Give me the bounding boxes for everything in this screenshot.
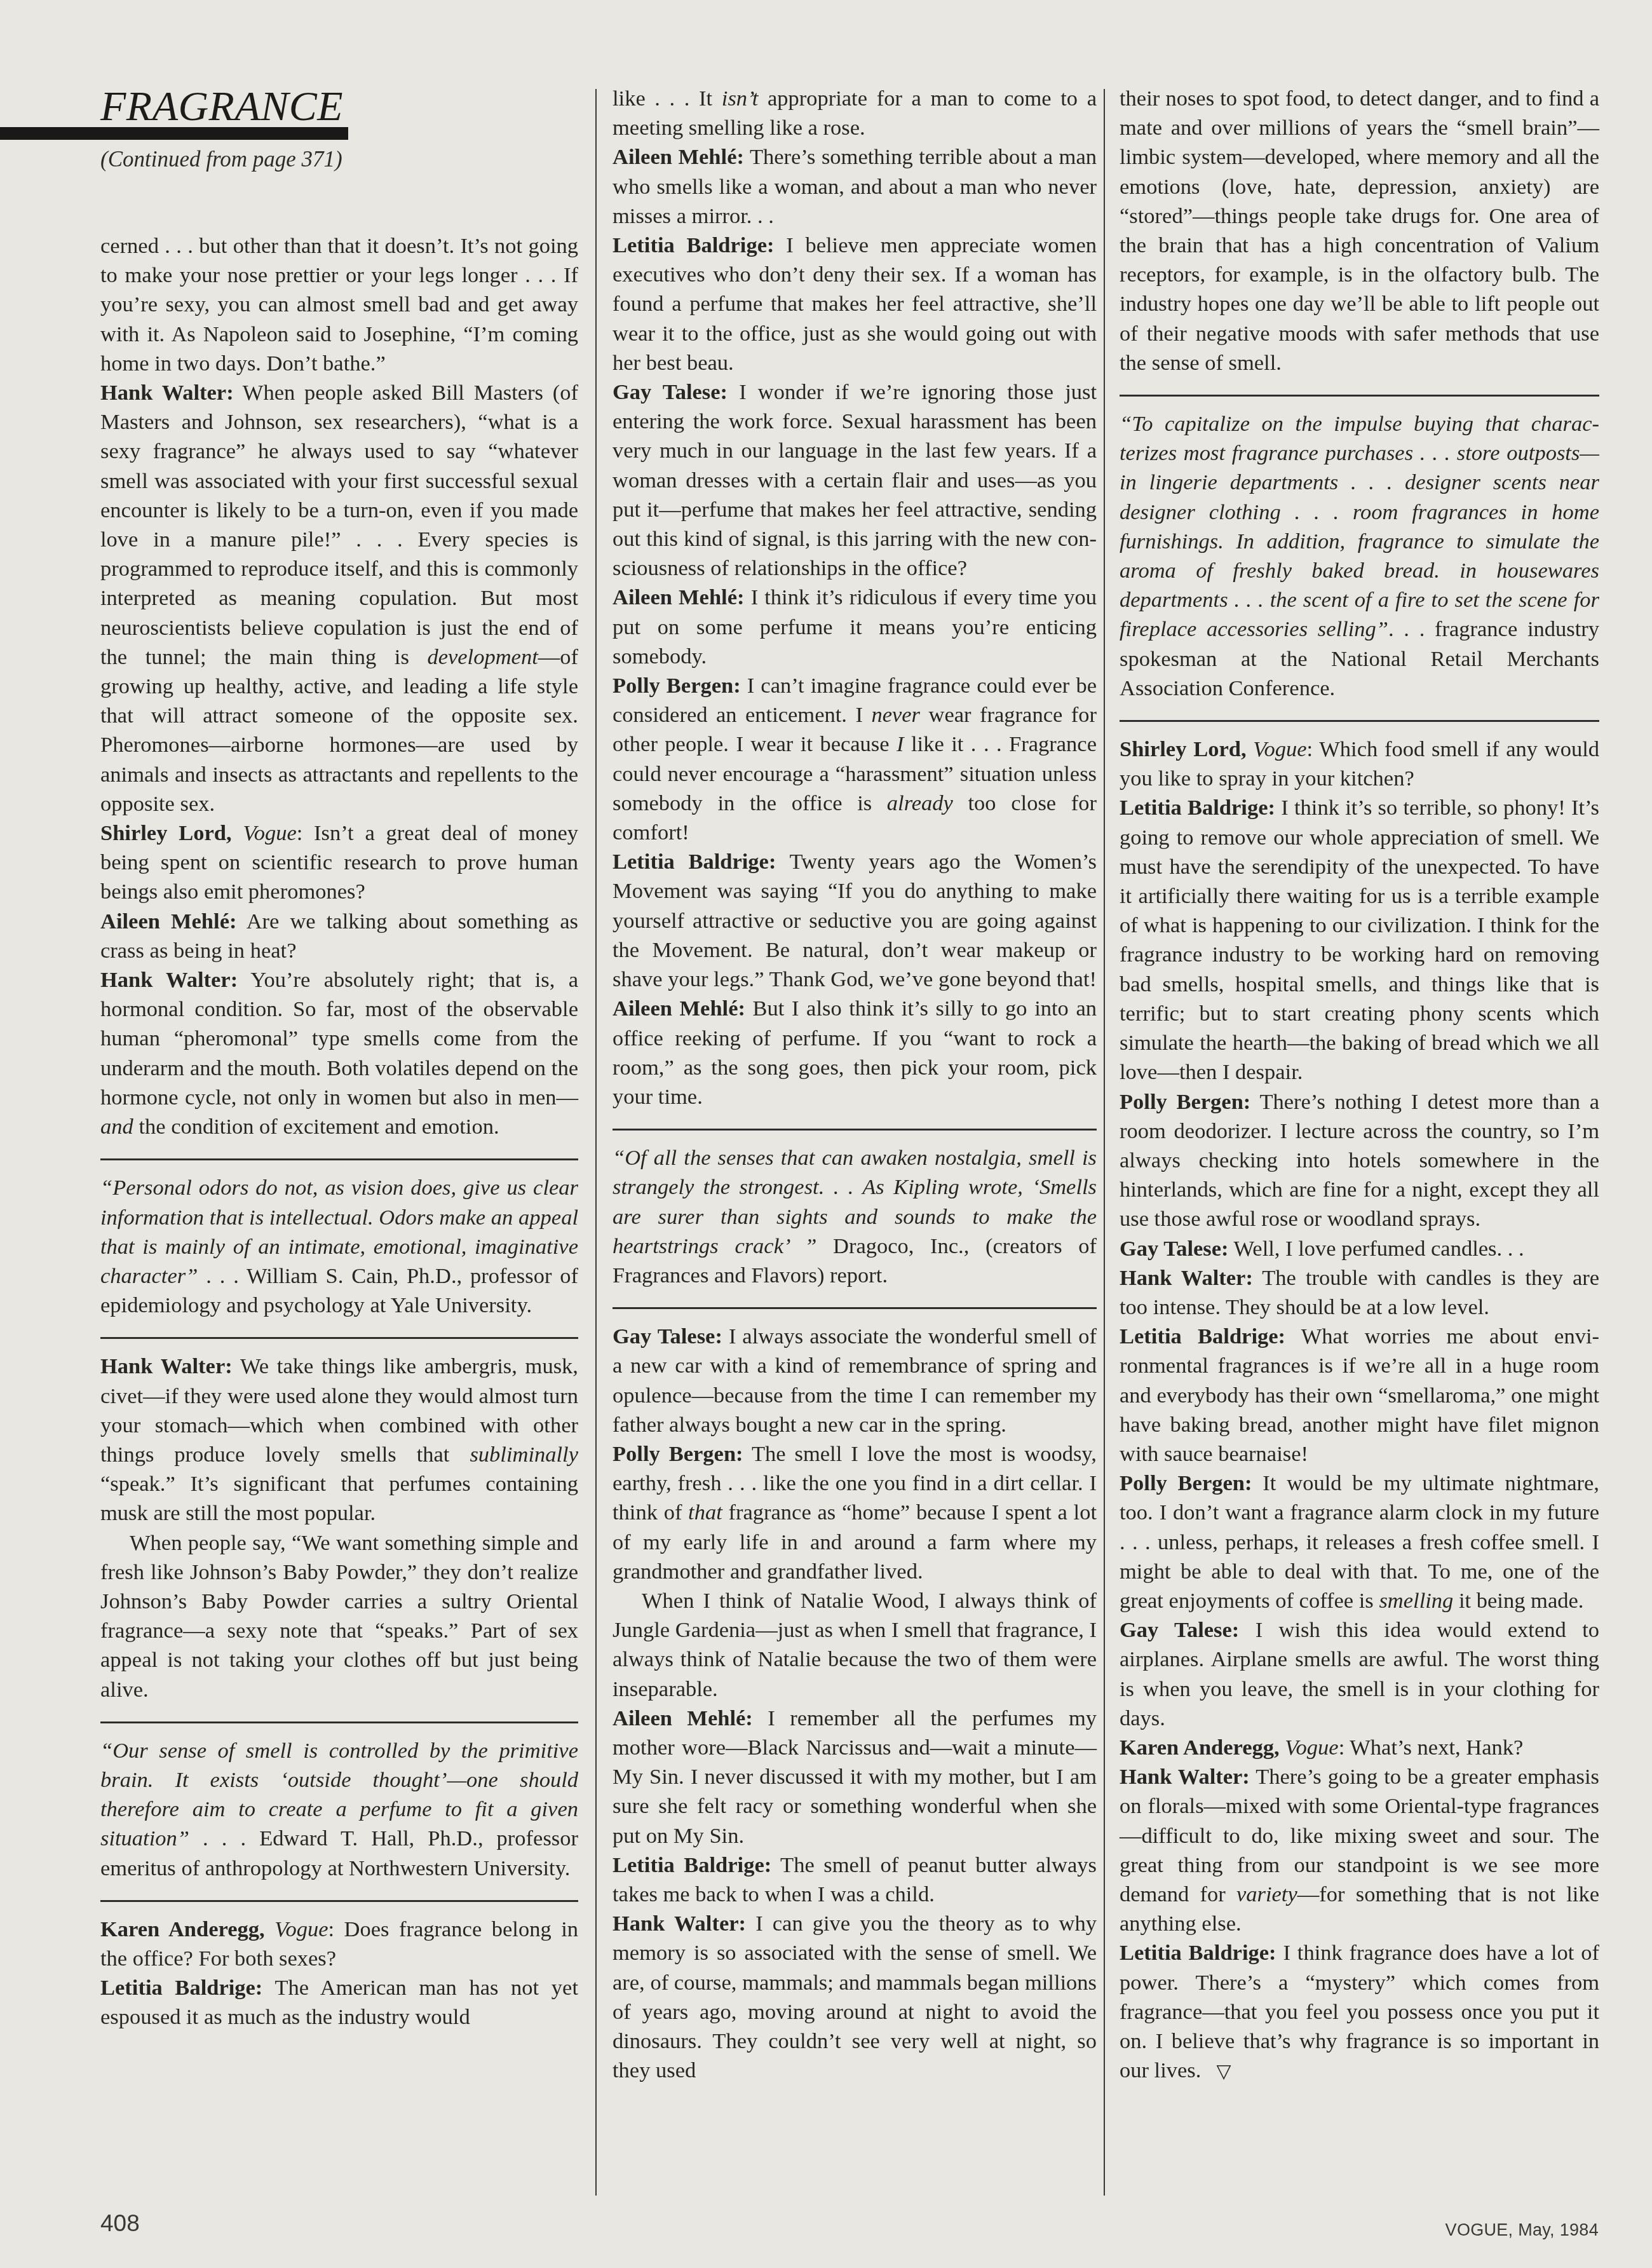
- dialogue-paragraph: Aileen Mehlé: There’s something terrible…: [613, 142, 1097, 231]
- paragraph-text: When I think of Natalie Wood, I always t…: [613, 1589, 1097, 1701]
- dialogue-paragraph: Polly Bergen: It would be my ultimate ni…: [1120, 1469, 1599, 1615]
- paragraph-text: When people asked Bill Masters (of Maste…: [100, 381, 578, 669]
- dialogue-paragraph: Shirley Lord, Vogue: Isn’t a great deal …: [100, 818, 578, 907]
- emphasis-text: smelling: [1379, 1589, 1453, 1613]
- column-divider: [595, 89, 597, 2196]
- paragraph-text: Well, I love perfumed candles. . .: [1229, 1237, 1524, 1261]
- speaker-name: Letitia Baldrige:: [613, 1853, 771, 1877]
- page-number: 408: [100, 2209, 140, 2238]
- paragraph-text: it being made.: [1453, 1589, 1583, 1613]
- paragraph-text: cerned . . . but other than that it does…: [100, 234, 578, 376]
- speaker-name: Letitia Baldrige:: [613, 850, 776, 874]
- section-rule: [1120, 720, 1599, 722]
- dialogue-paragraph: When I think of Natalie Wood, I always t…: [613, 1586, 1097, 1704]
- speaker-name: Letitia Baldrige:: [1120, 1324, 1285, 1348]
- column-divider: [1104, 89, 1105, 2196]
- speaker-name: Letitia Baldrige:: [613, 233, 774, 257]
- emphasis-text: isn’t: [722, 86, 759, 111]
- paragraph-text: the con­dition of excitement and emotion…: [133, 1115, 499, 1139]
- section-rule: [100, 1158, 578, 1160]
- speaker-name: Hank Walter:: [100, 1354, 233, 1378]
- article-column-3: their noses to spot food, to detect dang…: [1120, 84, 1599, 2086]
- emphasis-text: I: [897, 732, 904, 756]
- dialogue-paragraph: Karen Anderegg, Vogue: What’s next, Hank…: [1120, 1733, 1599, 1762]
- publication-name: Vogue: [1285, 1735, 1338, 1760]
- speaker-name: Gay Talese:: [1120, 1237, 1229, 1261]
- dialogue-paragraph: Aileen Mehlé: Are we talking about some­…: [100, 907, 578, 965]
- emphasis-text: and: [100, 1115, 133, 1139]
- dialogue-paragraph: Hank Walter: The trouble with candles is…: [1120, 1263, 1599, 1322]
- dialogue-paragraph: When people say, “We want something sim­…: [100, 1528, 578, 1704]
- dialogue-paragraph: Gay Talese: I always associate the wonde…: [613, 1322, 1097, 1439]
- speaker-name: Hank Walter:: [613, 1912, 746, 1936]
- article-column-2: like . . . It isn’t appropriate for a ma…: [613, 84, 1097, 2085]
- dialogue-paragraph: Aileen Mehlé: But I also think it’s sill…: [613, 994, 1097, 1111]
- section-rule: [100, 1900, 578, 1902]
- dialogue-paragraph: Polly Bergen: I can’t imagine fragrance …: [613, 671, 1097, 847]
- speaker-name: Gay Talese:: [613, 380, 728, 404]
- speaker-name: Karen Anderegg,: [1120, 1735, 1280, 1760]
- paragraph-text: “speak.” It’s significant that perfumes …: [100, 1472, 578, 1525]
- paragraph-text: : What’s next, Hank?: [1339, 1735, 1524, 1760]
- section-rule: [613, 1307, 1097, 1309]
- section-rule: [613, 1129, 1097, 1131]
- speaker-name: Shirley Lord,: [1120, 737, 1247, 761]
- speaker-name: Polly Bergen:: [613, 1442, 743, 1466]
- speaker-name: Gay Talese:: [613, 1324, 722, 1348]
- speaker-name: Gay Talese:: [1120, 1618, 1239, 1642]
- emphasis-text: that: [688, 1500, 722, 1524]
- continued-note: (Continued from page 371): [100, 145, 342, 174]
- emphasis-text: develop­ment: [427, 645, 538, 669]
- pull-quote: “To capitalize on the impulse buying tha…: [1120, 409, 1599, 703]
- section-rule: [100, 1337, 578, 1339]
- speaker-name: Polly Bergen:: [1120, 1471, 1252, 1495]
- dialogue-paragraph: Gay Talese: Well, I love perfumed candle…: [1120, 1234, 1599, 1263]
- section-rule: [1120, 395, 1599, 397]
- publication-name: Vogue: [1253, 737, 1306, 761]
- article-column-1: cerned . . . but other than that it does…: [100, 231, 578, 2032]
- dialogue-paragraph: Gay Talese: I wish this idea would exten…: [1120, 1615, 1599, 1733]
- speaker-name: Shirley Lord,: [100, 821, 232, 845]
- dialogue-paragraph: Letitia Baldrige: What worries me about …: [1120, 1322, 1599, 1469]
- section-rule: [100, 1721, 578, 1723]
- section-title: FRAGRANCE: [100, 81, 343, 132]
- paragraph-text: When people say, “We want something sim­…: [100, 1531, 578, 1702]
- pull-quote: “Of all the senses that can awaken nosta…: [613, 1143, 1097, 1290]
- dialogue-paragraph: Polly Bergen: The smell I love the most …: [613, 1439, 1097, 1586]
- paragraph-text: I can give you the theory as to why memo…: [613, 1912, 1097, 2082]
- publication-name: Vogue: [243, 821, 296, 845]
- end-of-article-icon: ▽: [1216, 2057, 1231, 2086]
- speaker-name: Karen Anderegg,: [100, 1917, 265, 1941]
- speaker-name: Letitia Baldrige:: [100, 1976, 262, 2000]
- dialogue-paragraph: Aileen Mehlé: I remember all the perfume…: [613, 1704, 1097, 1850]
- dialogue-paragraph: Karen Anderegg, Vogue: Does fragrance be…: [100, 1915, 578, 1973]
- speaker-name: Letitia Baldrige:: [1120, 1941, 1276, 1965]
- dialogue-paragraph: Letitia Baldrige: Twenty years ago the W…: [613, 847, 1097, 994]
- paragraph-text: their noses to spot food, to detect dang…: [1120, 86, 1599, 375]
- dialogue-paragraph: Letitia Baldrige: I believe men apprecia…: [613, 231, 1097, 377]
- publication-name: Vogue: [274, 1917, 328, 1941]
- title-bar-divider: [0, 127, 348, 140]
- emphasis-text: never: [871, 703, 920, 727]
- emphasis-text: already: [887, 791, 953, 815]
- dialogue-paragraph: Aileen Mehlé: I think it’s ridiculous if…: [613, 583, 1097, 671]
- dialogue-paragraph: Letitia Baldrige: The American man has n…: [100, 1973, 578, 2032]
- paragraph-text: like . . . It: [613, 86, 722, 111]
- speaker-name: Polly Bergen:: [613, 674, 741, 698]
- speaker-name: Hank Walter:: [1120, 1266, 1253, 1290]
- dialogue-paragraph: Gay Talese: I wonder if we’re ignoring t…: [613, 377, 1097, 583]
- speaker-name: Aileen Mehlé:: [613, 1706, 753, 1730]
- paragraph-text: I think it’s so terrible, so pho­ny! It’…: [1120, 796, 1599, 1084]
- speaker-name: Aileen Mehlé:: [613, 585, 745, 609]
- dialogue-paragraph: their noses to spot food, to detect dang…: [1120, 84, 1599, 377]
- dialogue-paragraph: Letitia Baldrige: I think it’s so terrib…: [1120, 793, 1599, 1087]
- speaker-name: Aileen Mehlé:: [100, 909, 236, 934]
- issue-credit: VOGUE, May, 1984: [1446, 2219, 1599, 2241]
- speaker-name: Aileen Mehlé:: [613, 996, 745, 1021]
- dialogue-paragraph: Letitia Baldrige: I think fragrance does…: [1120, 1938, 1599, 2086]
- dialogue-paragraph: Hank Walter: There’s going to be a great…: [1120, 1762, 1599, 1938]
- dialogue-paragraph: Hank Walter: We take things like ambergr…: [100, 1352, 578, 1528]
- dialogue-paragraph: Letitia Baldrige: The smell of peanut bu…: [613, 1850, 1097, 1909]
- speaker-name: Hank Walter:: [1120, 1765, 1250, 1789]
- paragraph-text: I wonder if we’re ignoring those just en…: [613, 380, 1097, 580]
- emphasis-text: variety: [1236, 1882, 1297, 1906]
- dialogue-paragraph: Polly Bergen: There’s nothing I detest m…: [1120, 1087, 1599, 1234]
- dialogue-paragraph: Hank Walter: When people asked Bill Mast…: [100, 378, 578, 818]
- paragraph-text: —of growing up healthy, active, and lead…: [100, 645, 578, 816]
- dialogue-paragraph: Shirley Lord, Vogue: Which food smell if…: [1120, 735, 1599, 793]
- pull-quote: “Our sense of smell is controlled by the…: [100, 1736, 578, 1883]
- dialogue-paragraph: like . . . It isn’t appropriate for a ma…: [613, 84, 1097, 142]
- speaker-name: Hank Walter:: [100, 381, 234, 405]
- speaker-name: Letitia Baldrige:: [1120, 796, 1275, 820]
- speaker-name: Aileen Mehlé:: [613, 145, 744, 169]
- dialogue-paragraph: cerned . . . but other than that it does…: [100, 231, 578, 378]
- quote-text: “To capitalize on the impulse buying tha…: [1120, 412, 1599, 641]
- dialogue-paragraph: Hank Walter: I can give you the theory a…: [613, 1909, 1097, 2085]
- speaker-name: Polly Bergen:: [1120, 1090, 1250, 1114]
- emphasis-text: subliminally: [470, 1443, 578, 1467]
- pull-quote: “Personal odors do not, as vision does, …: [100, 1173, 578, 1320]
- speaker-name: Hank Walter:: [100, 968, 238, 992]
- dialogue-paragraph: Hank Walter: You’re absolutely right; th…: [100, 965, 578, 1141]
